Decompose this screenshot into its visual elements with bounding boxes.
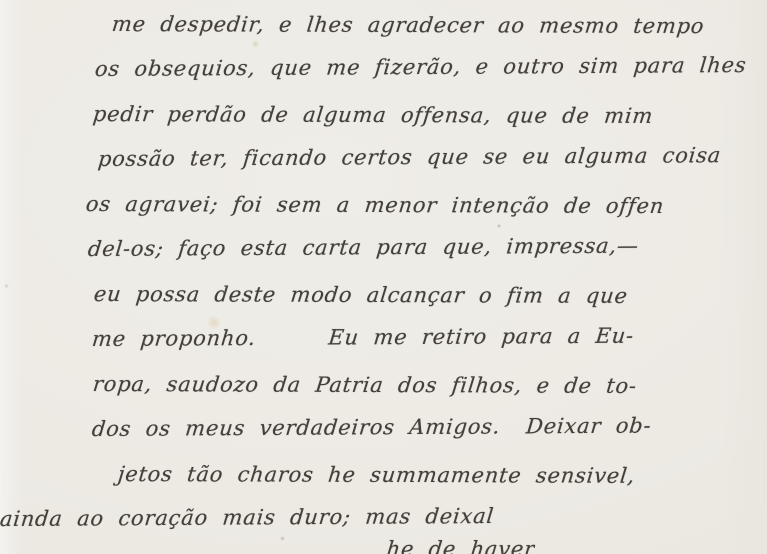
- manuscript-line: dos os meus verdadeiros Amigos. Deixar o…: [90, 403, 767, 452]
- manuscript-text-block: me despedir, e lhes agradecer ao mesmo t…: [0, 2, 767, 542]
- manuscript-line: os obsequios, que me fizerão, e outro si…: [93, 43, 767, 92]
- manuscript-page: me despedir, e lhes agradecer ao mesmo t…: [0, 0, 767, 554]
- manuscript-line: del-os; faço esta carta para que, impres…: [86, 223, 767, 272]
- manuscript-line: me despedir, e lhes agradecer ao mesmo t…: [110, 2, 767, 49]
- manuscript-line: os agravei; foi sem a menor intenção de …: [84, 182, 767, 229]
- manuscript-line-partial: he de haver: [386, 537, 536, 554]
- manuscript-line: ropa, saudozo da Patria dos filhos, e de…: [91, 362, 767, 409]
- manuscript-line: me proponho. Eu me retiro para a Eu-: [90, 313, 767, 362]
- manuscript-line: ainda ao coração mais duro; mas deixal: [0, 492, 767, 542]
- manuscript-line: eu possa deste modo alcançar o fim a que: [92, 272, 767, 319]
- manuscript-line: pedir perdão de alguma offensa, que de m…: [91, 92, 767, 139]
- manuscript-line: possão ter, ficando certos que se eu alg…: [96, 133, 767, 182]
